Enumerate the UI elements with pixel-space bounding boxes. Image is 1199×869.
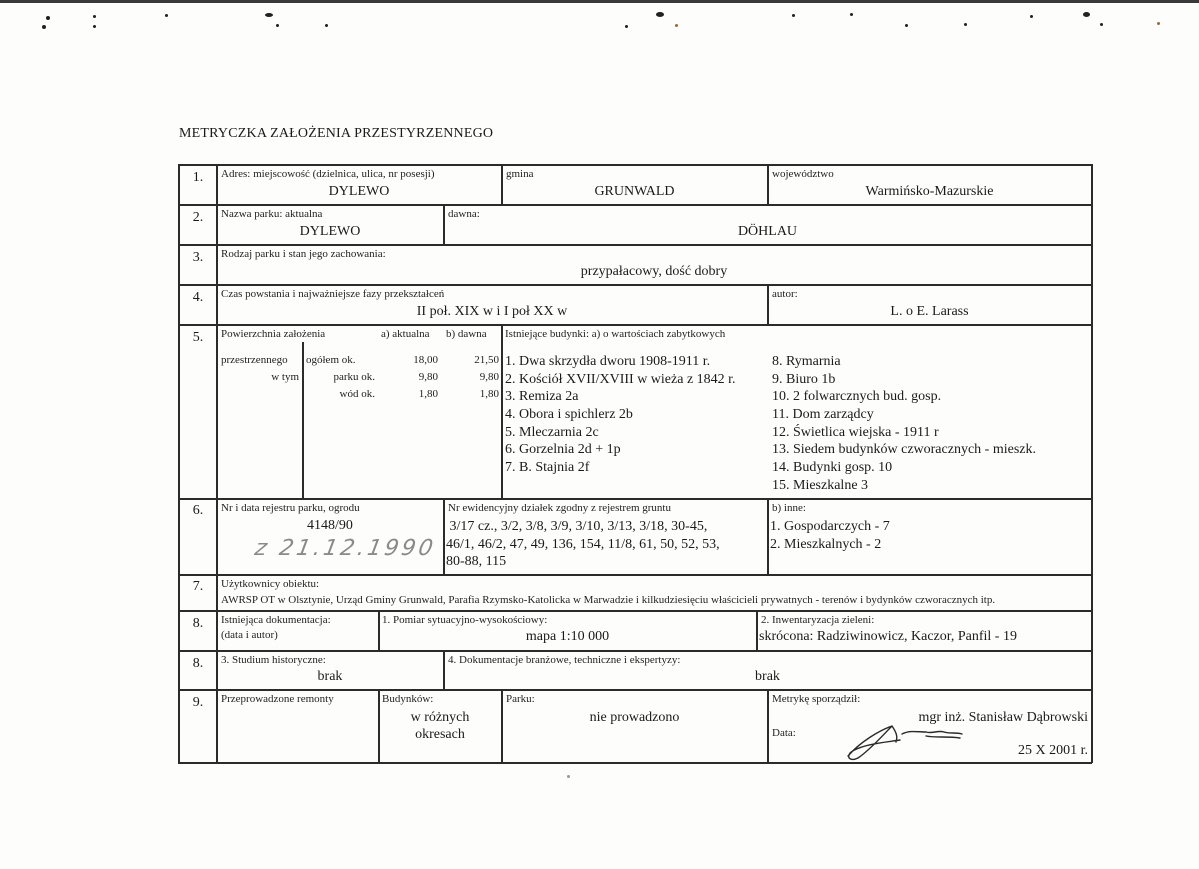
row-number: 7. xyxy=(179,579,217,595)
scan-speck xyxy=(265,13,273,17)
cell-divider xyxy=(501,324,503,499)
scan-speck xyxy=(1100,23,1103,26)
area-total-former: 21,50 xyxy=(440,354,499,366)
repairs-park-label: Parku: xyxy=(506,693,535,705)
buildings-list-col1: 1. Dwa skrzydła dworu 1908-1911 r. 2. Ko… xyxy=(505,353,736,477)
scan-top-edge xyxy=(0,0,1199,3)
scan-speck xyxy=(625,25,628,28)
survey-label: 1. Pomiar sytuacyjno-wysokościowy: xyxy=(382,614,547,626)
date-label: Data: xyxy=(772,727,796,739)
address-value: DYLEWO xyxy=(217,184,501,200)
row-number: 2. xyxy=(179,210,217,226)
history-study-label: 3. Studium historyczne: xyxy=(221,654,326,666)
table-border-top xyxy=(178,164,1092,166)
scan-speck xyxy=(656,12,664,17)
former-name-label: dawna: xyxy=(448,208,480,220)
voivodeship-value: Warmińsko-Mazurskie xyxy=(768,184,1091,200)
parcels-list: 3/17 cz., 3/2, 3/8, 3/9, 3/10, 3/13, 3/1… xyxy=(446,518,720,571)
other-building-item: 1. Gospodarczych - 7 xyxy=(770,518,890,536)
date-value: 25 X 2001 r. xyxy=(768,743,1088,759)
prepared-by-label: Metrykę sporządził: xyxy=(772,693,860,705)
history-study-value: brak xyxy=(217,669,443,685)
branch-docs-value: brak xyxy=(444,669,1091,685)
building-item: 9. Biuro 1b xyxy=(772,371,1036,389)
area-total-current: 18,00 xyxy=(380,354,438,366)
area-park-current: 9,80 xyxy=(380,371,438,383)
area-row-total-label: ogółem ok. xyxy=(306,354,356,366)
document-title: METRYCZKA ZAŁOŻENIA PRZESTYRZENNEGO xyxy=(179,126,493,142)
greenery-label: 2. Inwentaryzacja zieleni: xyxy=(761,614,874,626)
row-number: 8. xyxy=(179,656,217,672)
registry-label: Nr i data rejestru parku, ogrodu xyxy=(221,502,360,514)
scan-speck xyxy=(325,24,328,27)
scan-speck xyxy=(792,14,795,17)
repairs-buildings-value: okresach xyxy=(379,727,501,743)
gmina-label: gmina xyxy=(506,168,534,180)
area-row-park-label: parku ok. xyxy=(300,371,375,383)
table-border-right xyxy=(1091,164,1093,763)
row-number: 6. xyxy=(179,503,217,519)
former-name-value: DÖHLAU xyxy=(444,224,1091,240)
cell-divider xyxy=(767,498,769,575)
creation-time-value: II poł. XIX w i I poł XX w xyxy=(217,304,767,320)
scan-speck xyxy=(905,24,908,27)
repairs-label: Przeprowadzone remonty xyxy=(221,693,334,705)
scan-speck xyxy=(93,15,96,18)
parcels-label: Nr ewidencyjny działek zgodny z rejestre… xyxy=(448,502,671,514)
row-number: 9. xyxy=(179,695,217,711)
buildings-list-col2: 8. Rymarnia 9. Biuro 1b 10. 2 folwarczny… xyxy=(772,353,1036,495)
address-label: Adres: miejscowość (dzielnica, ulica, nr… xyxy=(221,168,435,180)
cell-divider xyxy=(756,610,758,651)
registry-number: 4148/90 xyxy=(217,518,443,534)
repairs-buildings-label: Budynków: xyxy=(382,693,433,705)
greenery-value: skrócona: Radziwinowicz, Kaczor, Panfil … xyxy=(759,629,1017,645)
docs-label: Istniejąca dokumentacja: xyxy=(221,614,331,626)
area-water-former: 1,80 xyxy=(440,388,499,400)
other-buildings-list: 1. Gospodarczych - 7 2. Mieszkalnych - 2 xyxy=(770,518,890,553)
area-col-former: b) dawna xyxy=(446,328,487,340)
building-item: 2. Kościół XVII/XVIII w wieża z 1842 r. xyxy=(505,371,736,389)
park-type-label: Rodzaj parku i stan jego zachowania: xyxy=(221,248,386,260)
parcels-line: 80-88, 115 xyxy=(446,553,720,571)
row-divider xyxy=(178,324,1092,326)
scan-speck xyxy=(675,24,678,27)
building-item: 11. Dom zarządcy xyxy=(772,406,1036,424)
park-name-label: Nazwa parku: aktualna xyxy=(221,208,322,220)
row-divider xyxy=(178,689,1092,691)
row-divider xyxy=(178,610,1092,612)
area-row-water-label: wód ok. xyxy=(300,388,375,400)
scan-speck xyxy=(1083,12,1090,17)
row-number: 3. xyxy=(179,250,217,266)
area-water-current: 1,80 xyxy=(380,388,438,400)
row-divider xyxy=(178,650,1092,652)
registry-date-handwritten: z 21.12.1990 xyxy=(253,536,438,561)
building-item: 5. Mleczarnia 2c xyxy=(505,424,736,442)
cell-divider xyxy=(378,689,380,763)
docs-sublabel: (data i autor) xyxy=(221,629,278,641)
area-label-in-that: w tym xyxy=(221,371,299,383)
scan-speck xyxy=(276,24,279,27)
building-item: 15. Mieszkalne 3 xyxy=(772,477,1036,495)
table-border-bottom xyxy=(178,762,1092,764)
building-item: 3. Remiza 2a xyxy=(505,388,736,406)
building-item: 8. Rymarnia xyxy=(772,353,1036,371)
other-buildings-label: b) inne: xyxy=(772,502,806,514)
voivodeship-label: województwo xyxy=(772,168,834,180)
building-item: 4. Obora i spichlerz 2b xyxy=(505,406,736,424)
cell-divider xyxy=(501,689,503,763)
cell-divider xyxy=(443,498,445,575)
row-number: 5. xyxy=(179,330,217,346)
area-col-current: a) aktualna xyxy=(381,328,430,340)
parcels-line: 46/1, 46/2, 47, 49, 136, 154, 11/8, 61, … xyxy=(446,536,720,554)
author-label: autor: xyxy=(772,288,798,300)
buildings-label: Istniejące budynki: a) o wartościach zab… xyxy=(505,328,725,340)
row-divider xyxy=(178,204,1092,206)
gmina-value: GRUNWALD xyxy=(502,184,767,200)
users-value: AWRSP OT w Olsztynie, Urząd Gminy Grunwa… xyxy=(221,594,995,606)
scan-speck xyxy=(46,16,50,20)
row-divider xyxy=(178,498,1092,500)
area-park-former: 9,80 xyxy=(440,371,499,383)
repairs-park-value: nie prowadzono xyxy=(502,710,767,726)
row-number: 4. xyxy=(179,290,217,306)
area-label: Powierzchnia założenia xyxy=(221,328,325,340)
scan-speck xyxy=(42,25,46,29)
scan-speck xyxy=(165,14,168,17)
scan-speck xyxy=(850,13,853,16)
building-item: 6. Gorzelnia 2d + 1p xyxy=(505,441,736,459)
repairs-buildings-value: w różnych xyxy=(379,710,501,726)
other-building-item: 2. Mieszkalnych - 2 xyxy=(770,536,890,554)
author-value: L. o E. Larass xyxy=(768,304,1091,320)
building-item: 1. Dwa skrzydła dworu 1908-1911 r. xyxy=(505,353,736,371)
park-type-value: przypałacowy, dość dobry xyxy=(217,264,1091,280)
row-divider xyxy=(178,284,1092,286)
building-item: 10. 2 folwarcznych bud. gosp. xyxy=(772,388,1036,406)
scan-speck xyxy=(93,25,96,28)
building-item: 7. B. Stajnia 2f xyxy=(505,459,736,477)
parcels-line: 3/17 cz., 3/2, 3/8, 3/9, 3/10, 3/13, 3/1… xyxy=(446,518,720,536)
scan-speck xyxy=(567,775,570,778)
area-label-spatial: przestrzennego xyxy=(221,354,288,366)
park-name-value: DYLEWO xyxy=(217,224,443,240)
building-item: 14. Budynki gosp. 10 xyxy=(772,459,1036,477)
scan-speck xyxy=(964,23,967,26)
row-number: 8. xyxy=(179,616,217,632)
users-label: Użytkownicy obiektu: xyxy=(221,578,319,590)
branch-docs-label: 4. Dokumentacje branżowe, techniczne i e… xyxy=(448,654,680,666)
building-item: 12. Świetlica wiejska - 1911 r xyxy=(772,424,1036,442)
survey-value: mapa 1:10 000 xyxy=(379,629,756,645)
row-divider xyxy=(178,574,1092,576)
scan-speck xyxy=(1030,15,1033,18)
row-number: 1. xyxy=(179,170,217,186)
row-divider xyxy=(178,244,1092,246)
creation-time-label: Czas powstania i najważniejsze fazy prze… xyxy=(221,288,444,300)
cell-divider xyxy=(302,342,304,499)
building-item: 13. Siedem budynków czworacznych - miesz… xyxy=(772,441,1036,459)
scan-speck xyxy=(1157,22,1160,25)
